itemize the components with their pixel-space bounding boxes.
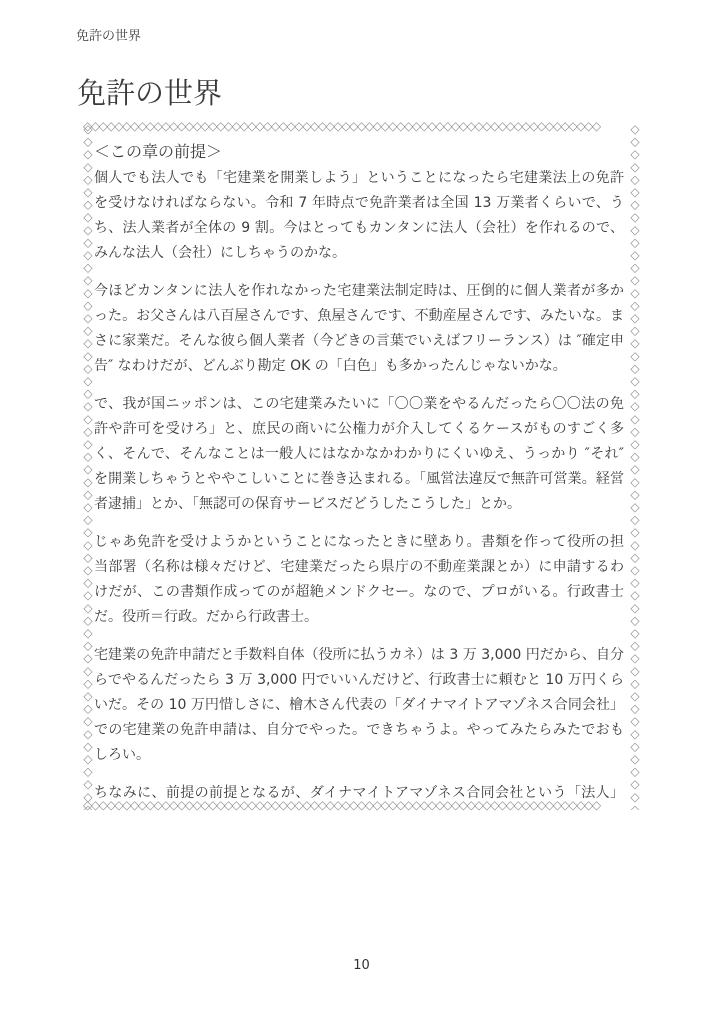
diamond-border-left-icon: ◇◇◇◇◇◇◇◇◇◇◇◇◇◇◇◇◇◇◇◇◇◇◇◇◇◇◇◇◇◇◇◇◇◇◇◇◇◇◇◇…: [82, 122, 93, 810]
box-heading: ＜この章の前提＞: [94, 139, 624, 164]
page-number: 10: [0, 958, 723, 973]
page-title: 免許の世界: [77, 76, 222, 110]
paragraph-3: で、我が国ニッポンは、この宅建業みたいに「〇〇業をやるんだったら〇〇法の免許や許…: [94, 392, 624, 517]
chapter-premise-box: ◇◇◇◇◇◇◇◇◇◇◇◇◇◇◇◇◇◇◇◇◇◇◇◇◇◇◇◇◇◇◇◇◇◇◇◇◇◇◇◇…: [83, 122, 639, 810]
running-header: 免許の世界: [76, 29, 141, 45]
paragraph-5: 宅建業の免許申請だと手数料自体（役所に払うカネ）は 3 万 3,000 円だから…: [94, 643, 624, 768]
diamond-border-bottom-icon: ◇◇◇◇◇◇◇◇◇◇◇◇◇◇◇◇◇◇◇◇◇◇◇◇◇◇◇◇◇◇◇◇◇◇◇◇◇◇◇◇…: [83, 800, 639, 811]
paragraph-6: ちなみに、前提の前提となるが、ダイナマイトアマゾネス合同会社という「法人」を作る…: [94, 781, 624, 801]
box-content: ＜この章の前提＞ 個人でも法人でも「宅建業を開業しよう」ということになったら宅建…: [94, 131, 624, 801]
paragraph-1: 個人でも法人でも「宅建業を開業しよう」ということになったら宅建業法上の免許を受け…: [94, 166, 624, 266]
paragraph-4: じゃあ免許を受けようかということになったときに壁あり。書類を作って役所の担当部署…: [94, 530, 624, 630]
paragraph-2: 今ほどカンタンに法人を作れなかった宅建業法制定時は、圧倒的に個人業者が多かった。…: [94, 279, 624, 379]
document-page: 免許の世界 免許の世界 ◇◇◇◇◇◇◇◇◇◇◇◇◇◇◇◇◇◇◇◇◇◇◇◇◇◇◇◇…: [0, 0, 723, 1024]
diamond-border-right-icon: ◇◇◇◇◇◇◇◇◇◇◇◇◇◇◇◇◇◇◇◇◇◇◇◇◇◇◇◇◇◇◇◇◇◇◇◇◇◇◇◇…: [629, 122, 640, 810]
